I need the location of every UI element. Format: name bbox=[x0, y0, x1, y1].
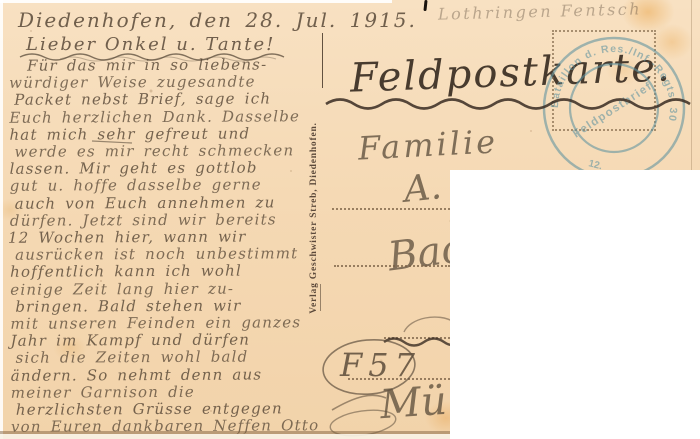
message-line: meiner Garnison die bbox=[7, 383, 307, 402]
message-line: Jahr im Kampf und dürfen bbox=[6, 331, 306, 350]
stamp-center-text: Feldpostbrief bbox=[571, 80, 655, 140]
divider-line-lower bbox=[320, 284, 321, 311]
field-post-stamp: Bataillon d. Res./Inf.-Regts. 30 12. Fel… bbox=[532, 28, 700, 193]
address-line-initial: A. bbox=[402, 166, 444, 211]
message-line: dürfen. Jetzt sind wir bereits bbox=[6, 211, 306, 230]
scan-edge-left bbox=[0, 0, 3, 439]
address-line-familie: Familie bbox=[357, 122, 499, 167]
scan-edge-bottom bbox=[0, 434, 452, 439]
address-fragment-bottom: Mü bbox=[378, 378, 448, 429]
message-line: hoffentlich kann ich wohl bbox=[6, 263, 306, 282]
message-line: würdiger Weise zugesandte bbox=[5, 73, 305, 92]
address-dotted-line bbox=[384, 337, 450, 339]
message-line: einige Zeit lang hier zu- bbox=[6, 280, 306, 299]
message-line: ausrücken ist noch unbestimmt bbox=[6, 245, 306, 264]
address-dotted-line bbox=[348, 378, 450, 380]
message-line: gut u. hoffe dasselbe gerne bbox=[6, 177, 306, 196]
postcard-scan: Diedenhofen, den 28. Jul. 1915. Lieber O… bbox=[0, 0, 700, 439]
address-dotted-line bbox=[334, 265, 450, 267]
message-line: werde es mir recht schmecken bbox=[5, 142, 305, 161]
greeting: Lieber Onkel u. Tante! bbox=[26, 34, 275, 55]
divider-line bbox=[322, 33, 323, 88]
publisher-imprint: Verlag Geschwister Streb, Diedenhofen. bbox=[309, 122, 319, 313]
white-cutout-region bbox=[450, 170, 700, 439]
message-line: ändern. So nehmt denn aus bbox=[7, 366, 307, 385]
message-line: Für das mir in so liebens- bbox=[5, 56, 305, 75]
message-line: sich die Zeiten wohl bald bbox=[7, 349, 307, 368]
message-line: mit unseren Feinden ein ganzes bbox=[6, 314, 306, 333]
message-body: Für das mir in so liebens- würdiger Weis… bbox=[5, 56, 307, 436]
scan-edge-top bbox=[0, 0, 392, 3]
address-dotted-line bbox=[332, 208, 450, 210]
dateline: Diedenhofen, den 28. Jul. 1915. bbox=[18, 8, 417, 32]
card-right-edge bbox=[691, 0, 692, 170]
message-line: Euch herzlichen Dank. Dasselbe bbox=[5, 108, 305, 127]
